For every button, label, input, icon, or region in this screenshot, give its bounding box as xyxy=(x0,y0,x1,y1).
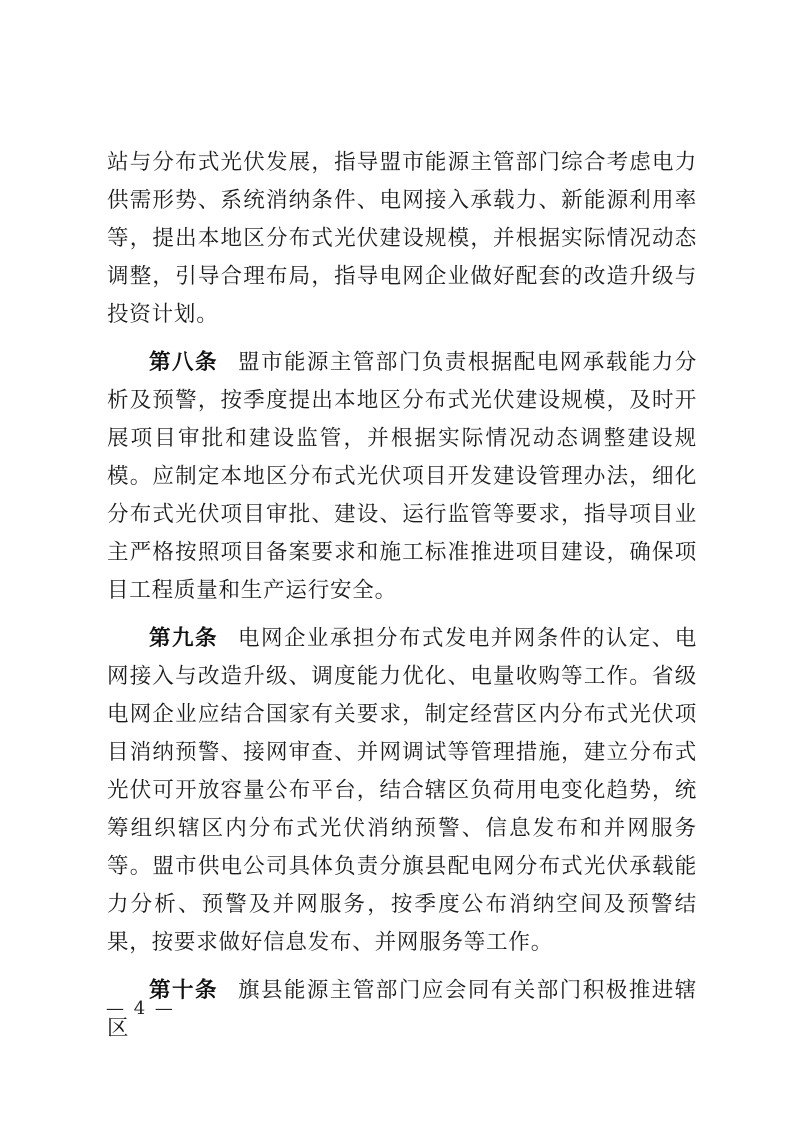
paragraph-article-9: 第九条电网企业承担分布式发电并网条件的认定、电网接入与改造升级、调度能力优化、电… xyxy=(107,620,697,962)
document-page: 站与分布式光伏发展，指导盟市能源主管部门综合考虑电力供需形势、系统消纳条件、电网… xyxy=(0,0,793,1122)
paragraph-article-10: 第十条旗县能源主管部门应会同有关部门积极推进辖区 xyxy=(107,972,697,1048)
page-number: — 4 — xyxy=(106,998,175,1019)
paragraph-continuation: 站与分布式光伏发展，指导盟市能源主管部门综合考虑电力供需形势、系统消纳条件、电网… xyxy=(107,144,697,334)
paragraph-text: 电网企业承担分布式发电并网条件的认定、电网接入与改造升级、调度能力优化、电量收购… xyxy=(107,626,697,955)
document-body: 站与分布式光伏发展，指导盟市能源主管部门综合考虑电力供需形势、系统消纳条件、电网… xyxy=(107,144,697,1058)
article-number: 第九条 xyxy=(149,626,218,651)
paragraph-article-8: 第八条盟市能源主管部门负责根据配电网承载能力分析及预警，按季度提出本地区分布式光… xyxy=(107,344,697,610)
paragraph-text: 站与分布式光伏发展，指导盟市能源主管部门综合考虑电力供需形势、系统消纳条件、电网… xyxy=(107,150,697,327)
paragraph-text: 盟市能源主管部门负责根据配电网承载能力分析及预警，按季度提出本地区分布式光伏建设… xyxy=(107,350,697,603)
article-number: 第八条 xyxy=(149,350,218,375)
